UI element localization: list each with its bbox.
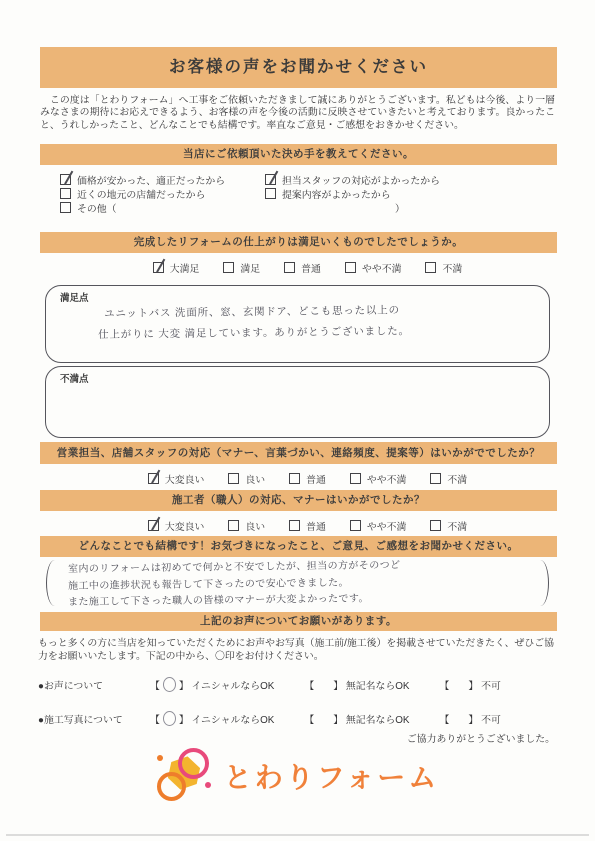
section-heading-comment: どんなことでも結構です！お気づきになったこと、ご意見、ご感想をお聞かせください。: [40, 536, 557, 557]
reason-option: 価格が安かった、適正だったから: [60, 173, 265, 187]
checkbox[interactable]: [60, 202, 71, 213]
scanned-survey-sheet: お客様の声をお聞かせください この度は「とわりフォーム」へ工事をご依頼いただきま…: [0, 0, 595, 841]
consent-label-photo: ●施工写真について: [38, 712, 150, 726]
checkbox[interactable]: [153, 262, 164, 273]
checkbox[interactable]: [289, 520, 300, 531]
checkbox[interactable]: [228, 520, 239, 531]
dissatisfaction-box[interactable]: 不満点: [45, 366, 550, 438]
checkbox[interactable]: [350, 520, 361, 531]
circle-mark: [163, 677, 176, 692]
checkbox[interactable]: [223, 262, 234, 273]
logo-pink-ring: [178, 748, 209, 779]
checkbox[interactable]: [265, 174, 276, 185]
logo-orange-ring: [157, 772, 186, 801]
logo-pink-dot: [205, 782, 211, 788]
checkbox[interactable]: [425, 262, 436, 273]
consent-option[interactable]: 【】 イニシャルならOK: [150, 711, 274, 726]
logo-mark-icon: [156, 748, 212, 804]
intro-paragraph: この度は「とわりフォーム」へ工事をご依頼いただきまして誠にありがとうございます。…: [40, 95, 555, 132]
checkbox[interactable]: [228, 473, 239, 484]
consent-option[interactable]: 【】 不可: [440, 711, 501, 726]
logo-text: とわりフォーム: [224, 756, 440, 796]
checkbox[interactable]: [148, 473, 159, 484]
reason-option-other: その他（: [60, 201, 265, 215]
consent-row-photo: ●施工写真について 【】 イニシャルならOK 【】 無記名ならOK 【】 不可: [38, 711, 595, 726]
checkbox[interactable]: [265, 188, 276, 199]
checkbox[interactable]: [60, 188, 71, 199]
reason-option: 近くの地元の店舗だったから: [60, 187, 265, 201]
consent-label-voice: ●お声について: [38, 678, 150, 692]
consent-option[interactable]: 【】 イニシャルならOK: [150, 677, 274, 692]
request-body: もっと多くの方に当店を知っていただくためにお声やお写真（施工前/施工後）を掲載さ…: [38, 638, 561, 664]
dissatisfaction-label: 不満点: [60, 371, 535, 385]
consent-option[interactable]: 【】 不可: [440, 677, 501, 692]
checkbox[interactable]: [148, 520, 159, 531]
checkbox[interactable]: [284, 262, 295, 273]
circle-mark: [163, 711, 176, 726]
finish-rating-row: 大満足 満足 普通 やや不満 不満: [0, 261, 595, 275]
thanks-text: ご協力ありがとうございました。: [0, 731, 555, 745]
scan-edge-artifact: [6, 834, 589, 836]
section-heading-finish: 完成したリフォームの仕上がりは満足いくものでしたでしょうか。: [40, 232, 557, 253]
consent-row-voice: ●お声について 【】 イニシャルならOK 【】 無記名ならOK 【】 不可: [38, 677, 595, 692]
worker-rating-row: 大変良い 良い 普通 やや不満 不満: [0, 519, 595, 533]
page-title: お客様の声をお聞かせください: [40, 47, 557, 88]
comment-box[interactable]: 室内のリフォームは初めてで何かと不安でしたが、担当の方がそのつど 施工中の進捗状…: [40, 560, 555, 610]
section-heading-worker: 施工者（職人）の対応、マナーはいかがでしたか？: [40, 490, 557, 511]
checkbox[interactable]: [60, 174, 71, 185]
consent-option[interactable]: 【】 無記名ならOK: [304, 711, 409, 726]
logo-orange-dot: [157, 755, 163, 761]
satisfaction-box[interactable]: 満足点 ユニットバス 洗面所、窓、玄関ドア、どこも思った以上の 仕上がりに 大変…: [45, 285, 550, 363]
other-close-paren: ）: [265, 201, 595, 215]
checkbox[interactable]: [289, 473, 300, 484]
section-heading-staff: 営業担当、店舗スタッフの対応（マナー、言葉づかい、連絡頻度、提案等）はいかがでで…: [40, 442, 557, 464]
checkbox[interactable]: [345, 262, 356, 273]
staff-rating-row: 大変良い 良い 普通 やや不満 不満: [0, 472, 595, 486]
section-heading-request: 上記のお声についてお願いがあります。: [40, 612, 557, 631]
checkbox[interactable]: [430, 473, 441, 484]
reason-option: 担当スタッフの対応がよかったから: [265, 173, 595, 187]
reason-option: 提案内容がよかったから: [265, 187, 595, 201]
checkbox[interactable]: [350, 473, 361, 484]
company-logo: とわりフォーム: [0, 748, 595, 804]
handwritten-satisfaction-line2: 仕上がりに 大変 満足しています。ありがとうございました。: [98, 320, 535, 346]
checkbox[interactable]: [430, 520, 441, 531]
section-heading-reason: 当店にご依頼頂いた決め手を教えてください。: [40, 144, 557, 165]
consent-option[interactable]: 【】 無記名ならOK: [304, 677, 409, 692]
reason-options: 価格が安かった、適正だったから 担当スタッフの対応がよかったから 近くの地元の店…: [60, 173, 595, 215]
